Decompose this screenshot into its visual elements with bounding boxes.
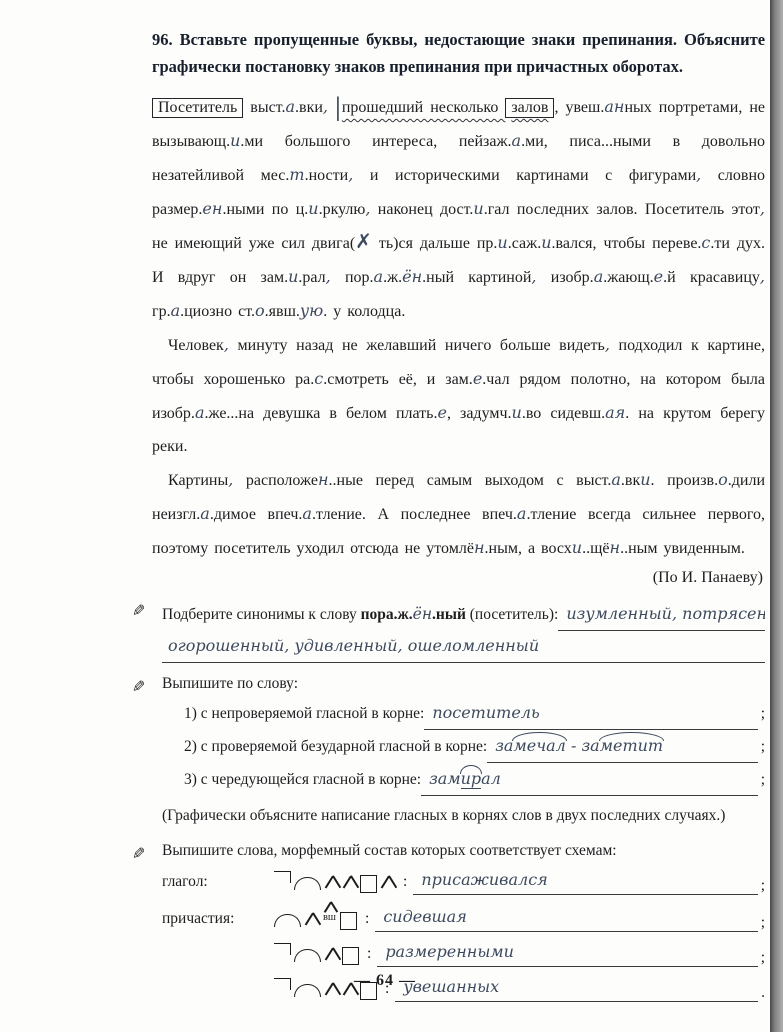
item-answer: замечал - заметит — [487, 730, 758, 763]
paragraph-1: Посетитель выст.а.вки, |прошедший нескол… — [152, 90, 765, 328]
scanned-textbook-page: 96. Вставьте пропущенные буквы, недостаю… — [0, 0, 783, 1032]
morpheme-scheme-icon: вш — [274, 902, 361, 932]
pencil-icon: ✎ — [132, 844, 145, 864]
row-tail: ; — [758, 914, 765, 932]
row-answer: размеренными — [377, 939, 757, 967]
pencil-icon: ✎ — [132, 677, 145, 697]
morpheme-row-verb: глагол: : присаживался ; — [162, 867, 765, 895]
exercise-text: Посетитель выст.а.вки, |прошедший нескол… — [152, 90, 765, 565]
copy-word-item-3: 3) с чередующейся гласной в корне: замир… — [184, 763, 765, 796]
author-attribution: (По И. Панаеву) — [130, 569, 765, 587]
morpheme-scheme-icon — [274, 943, 363, 967]
item-tail: ; — [758, 764, 765, 795]
item-tail: ; — [758, 731, 765, 762]
morpheme-row-participle-1: причастия: вш : сидевшая ; — [162, 902, 765, 932]
task-synonyms-answer-2: огорошенный, удивленный, ошеломленный — [162, 631, 765, 663]
copy-word-item-2: 2) с проверяемой безударной гласной в ко… — [184, 730, 765, 763]
exercise-number: 96. — [152, 30, 173, 49]
row-tail: ; — [758, 949, 765, 967]
paragraph-2: Человек, минуту назад не желавший ничего… — [152, 328, 765, 463]
row-answer: присаживался — [413, 867, 757, 895]
task-copy-words-header: Выпишите по слову: — [162, 675, 765, 693]
morpheme-row-participle-2: : размеренными ; — [162, 939, 765, 967]
task-morphemes-header: Выпишите слова, морфемный состав которых… — [162, 842, 765, 860]
item-answer: посетитель — [424, 697, 757, 730]
row-label: глагол: — [162, 869, 274, 895]
item-label: 3) с чередующейся гласной в корне: — [184, 764, 421, 795]
item-label: 1) с непроверяемой гласной в корне: — [184, 698, 424, 729]
morpheme-scheme-icon — [274, 871, 399, 895]
item-answer: замирал — [421, 763, 758, 796]
copy-word-item-1: 1) с непроверяемой гласной в корне: посе… — [184, 697, 765, 730]
task-synonyms-answer-1: изумленный, потрясенный, — [558, 599, 765, 631]
task-copy-words-items: 1) с непроверяемой гласной в корне: посе… — [162, 697, 765, 796]
item-tail: ; — [758, 698, 765, 729]
row-tail: ; — [758, 877, 765, 895]
page-content: 96. Вставьте пропущенные буквы, недостаю… — [130, 26, 765, 1002]
item-label: 2) с проверяемой безударной гласной в ко… — [184, 731, 487, 762]
page-number: — 64 — — [0, 972, 770, 990]
row-label: причастия: — [162, 906, 274, 932]
scheme-colon: : — [399, 869, 413, 895]
exercise-title-text: Вставьте пропущенные буквы, недостающие … — [152, 30, 765, 76]
scan-gutter-shadow — [770, 0, 783, 1032]
scheme-colon: : — [363, 941, 377, 967]
task-synonyms: ✎ Подберите синонимы к слову пора.ж.ён.н… — [130, 599, 765, 663]
paragraph-3: Картины, расположен..ные перед самым вых… — [152, 463, 765, 565]
task-copy-words: ✎ Выпишите по слову: 1) с непроверяемой … — [130, 675, 765, 830]
exercise-title: 96. Вставьте пропущенные буквы, недостаю… — [152, 26, 765, 80]
scheme-colon: : — [361, 906, 375, 932]
pencil-icon: ✎ — [132, 601, 145, 621]
task-synonyms-prompt: Подберите синонимы к слову пора.ж.ён.ный… — [162, 599, 558, 630]
row-answer: сидевшая — [375, 904, 757, 932]
task-synonyms-line1: Подберите синонимы к слову пора.ж.ён.ный… — [162, 599, 765, 631]
task-copy-words-note: (Графически объясните написание гласных … — [162, 802, 765, 830]
